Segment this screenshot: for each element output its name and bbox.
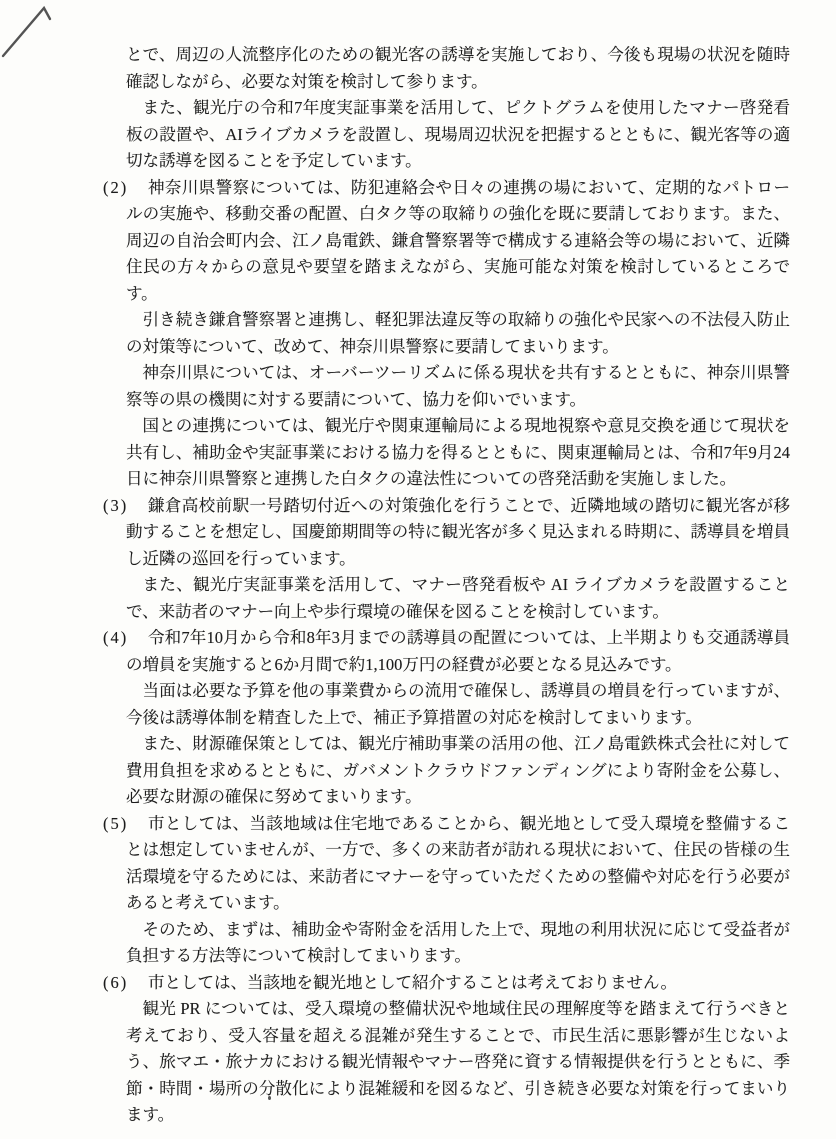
paragraph: また、観光庁の令和7年度実証事業を活用して、ピクトグラムを使用したマナー啓発看板… <box>126 95 790 175</box>
paragraph: 引き続き鎌倉警察署と連携し、軽犯罪法違反等の取締りの強化や民家への不法侵入防止の… <box>126 307 790 360</box>
paragraph: 当面は必要な予算を他の事業費からの流用で確保し、誘導員の増員を行っていますが、今… <box>126 678 790 731</box>
item-number: (6) <box>103 970 128 997</box>
paragraph: 市としては、当該地を観光地として紹介することは考えておりません。 <box>126 970 790 997</box>
paragraph: とで、周辺の人流整序化のための観光客の誘導を実施しており、今後も現場の状況を随時… <box>126 42 790 95</box>
item-number: (3) <box>103 493 128 520</box>
paragraph: 国との連携については、観光庁や関東運輸局による現地視察や意見交換を通じて現状を共… <box>126 413 790 493</box>
paragraph: 令和7年10月から令和8年3月までの誘導員の配置については、上半期よりも交通誘導… <box>126 625 790 678</box>
paragraph: 神奈川県警察については、防犯連絡会や日々の連携の場において、定期的なパトロールの… <box>126 175 790 308</box>
numbered-item-5: (5) 市としては、当該地域は住宅地であることから、観光地として受入環境を整備す… <box>126 811 790 970</box>
item-number: (4) <box>103 625 128 652</box>
numbered-item-4: (4) 令和7年10月から令和8年3月までの誘導員の配置については、上半期よりも… <box>126 625 790 811</box>
numbered-item-2: (2) 神奈川県警察については、防犯連絡会や日々の連携の場において、定期的なパト… <box>126 175 790 493</box>
numbered-item-3: (3) 鎌倉高校前駅一号踏切付近への対策強化を行うことで、近隣地域の踏切に観光客… <box>126 493 790 626</box>
item-number: (5) <box>103 811 128 838</box>
paragraph: 神奈川県については、オーバーツーリズムに係る現状を共有するとともに、神奈川県警察… <box>126 360 790 413</box>
paragraph: 鎌倉高校前駅一号踏切付近への対策強化を行うことで、近隣地域の踏切に観光客が移動す… <box>126 493 790 573</box>
paragraph: そのため、まずは、補助金や寄附金を活用した上で、現地の利用状況に応じて受益者が負… <box>126 917 790 970</box>
pen-stroke-mark <box>0 0 70 70</box>
scanned-page: とで、周辺の人流整序化のための観光客の誘導を実施しており、今後も現場の状況を随時… <box>0 0 836 1139</box>
paragraph: 観光 PR については、受入環境の整備状況や地域住民の理解度等を踏まえて行うべき… <box>126 996 790 1129</box>
item-number: (2) <box>103 175 128 202</box>
paragraph: 市としては、当該地域は住宅地であることから、観光地として受入環境を整備することは… <box>126 811 790 917</box>
item-1-continuation: とで、周辺の人流整序化のための観光客の誘導を実施しており、今後も現場の状況を随時… <box>126 42 790 175</box>
paragraph: また、財源確保策としては、観光庁補助事業の活用の他、江ノ島電鉄株式会社に対して費… <box>126 731 790 811</box>
document-body: とで、周辺の人流整序化のための観光客の誘導を実施しており、今後も現場の状況を随時… <box>126 42 790 1129</box>
paragraph: また、観光庁実証事業を活用して、マナー啓発看板や AI ライブカメラを設置するこ… <box>126 572 790 625</box>
numbered-item-6: (6) 市としては、当該地を観光地として紹介することは考えておりません。 観光 … <box>126 970 790 1129</box>
